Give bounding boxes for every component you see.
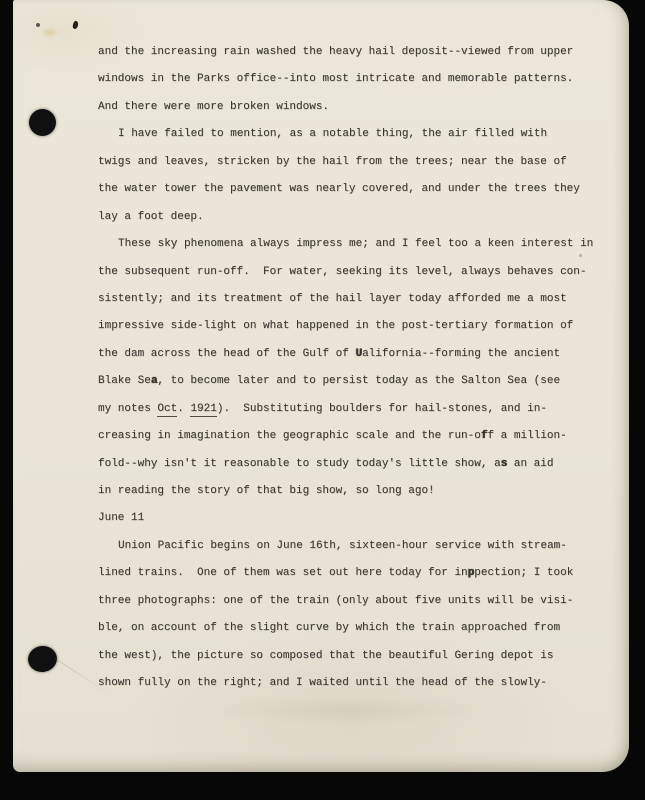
text-line: lined trains. One of them was set out he… (98, 560, 608, 587)
text-segment: . (177, 403, 190, 415)
typewritten-text: and the increasing rain washed the heavy… (98, 39, 608, 698)
text-segment: my notes (98, 403, 157, 415)
text-line: shown fully on the right; and I waited u… (98, 670, 608, 697)
text-segment: ). Substituting boulders for hail-stones… (217, 403, 547, 415)
ink-speck (72, 20, 79, 29)
text-segment: shown fully on the right; and I waited u… (98, 677, 547, 689)
ink-speck (36, 23, 40, 27)
text-segment: alifornia--forming the ancient (362, 348, 560, 360)
text-segment: in reading the story of that big show, s… (98, 485, 435, 497)
hole-punch-top (29, 109, 56, 136)
scan-backdrop: and the increasing rain washed the heavy… (0, 0, 645, 800)
text-segment: f a million- (487, 430, 566, 442)
text-segment: Blake Se (98, 375, 151, 387)
text-line: twigs and leaves, stricken by the hail f… (98, 149, 608, 176)
text-line: the west), the picture so composed that … (98, 643, 608, 670)
text-line: the subsequent run-off. For water, seeki… (98, 259, 608, 286)
text-segment: an aid (507, 458, 553, 470)
text-segment: the water tower the pavement was nearly … (98, 183, 580, 195)
paper-stain (41, 27, 59, 38)
text-line: lay a foot deep. (98, 204, 608, 231)
text-line: the dam across the head of the Gulf of U… (98, 341, 608, 368)
text-line: in reading the story of that big show, s… (98, 478, 608, 505)
text-segment: lay a foot deep. (98, 211, 204, 223)
text-segment: And there were more broken windows. (98, 101, 329, 113)
text-line: creasing in imagination the geographic s… (98, 423, 608, 450)
text-segment: impressive side-light on what happened i… (98, 320, 573, 332)
text-line: These sky phenomena always impress me; a… (98, 231, 608, 258)
text-line: windows in the Parks office--into most i… (98, 66, 608, 93)
text-line: I have failed to mention, as a notable t… (98, 121, 608, 148)
text-line: and the increasing rain washed the heavy… (98, 39, 608, 66)
text-segment: and the increasing rain washed the heavy… (98, 46, 573, 58)
text-line: my notes Oct. 1921). Substituting boulde… (98, 396, 608, 423)
text-line: impressive side-light on what happened i… (98, 313, 608, 340)
paper-sheet: and the increasing rain washed the heavy… (13, 0, 629, 772)
text-segment: I have failed to mention, as a notable t… (118, 128, 547, 140)
text-segment: creasing in imagination the geographic s… (98, 430, 481, 442)
text-segment: lined trains. One of them was set out he… (98, 567, 468, 579)
text-segment: June 11 (98, 512, 144, 524)
text-segment: the dam across the head of the Gulf of (98, 348, 355, 360)
text-line: ble, on account of the slight curve by w… (98, 615, 608, 642)
text-segment: Union Pacific begins on June 16th, sixte… (118, 540, 567, 552)
underlined-text-segment: 1921 (190, 403, 216, 417)
text-line: And there were more broken windows. (98, 94, 608, 121)
hole-punch-bottom (26, 644, 58, 674)
text-segment: ble, on account of the slight curve by w… (98, 622, 560, 634)
text-segment: These sky phenomena always impress me; a… (118, 238, 593, 250)
text-segment: pection; I took (474, 567, 573, 579)
text-segment: fold--why isn't it reasonable to study t… (98, 458, 501, 470)
paper-smudge (203, 695, 483, 725)
text-segment: the west), the picture so composed that … (98, 650, 553, 662)
text-line: Blake Sea, to become later and to persis… (98, 368, 608, 395)
text-line: sistently; and its treatment of the hail… (98, 286, 608, 313)
text-line: three photographs: one of the train (onl… (98, 588, 608, 615)
text-line: June 11 (98, 505, 608, 532)
text-segment: windows in the Parks office--into most i… (98, 73, 573, 85)
text-line: Union Pacific begins on June 16th, sixte… (98, 533, 608, 560)
text-segment: sistently; and its treatment of the hail… (98, 293, 567, 305)
text-segment: three photographs: one of the train (onl… (98, 595, 573, 607)
underlined-text-segment: Oct (157, 403, 177, 417)
text-line: fold--why isn't it reasonable to study t… (98, 451, 608, 478)
text-line: the water tower the pavement was nearly … (98, 176, 608, 203)
text-segment: , to become later and to persist today a… (157, 375, 560, 387)
text-segment: twigs and leaves, stricken by the hail f… (98, 156, 567, 168)
text-segment: the subsequent run-off. For water, seeki… (98, 266, 586, 278)
